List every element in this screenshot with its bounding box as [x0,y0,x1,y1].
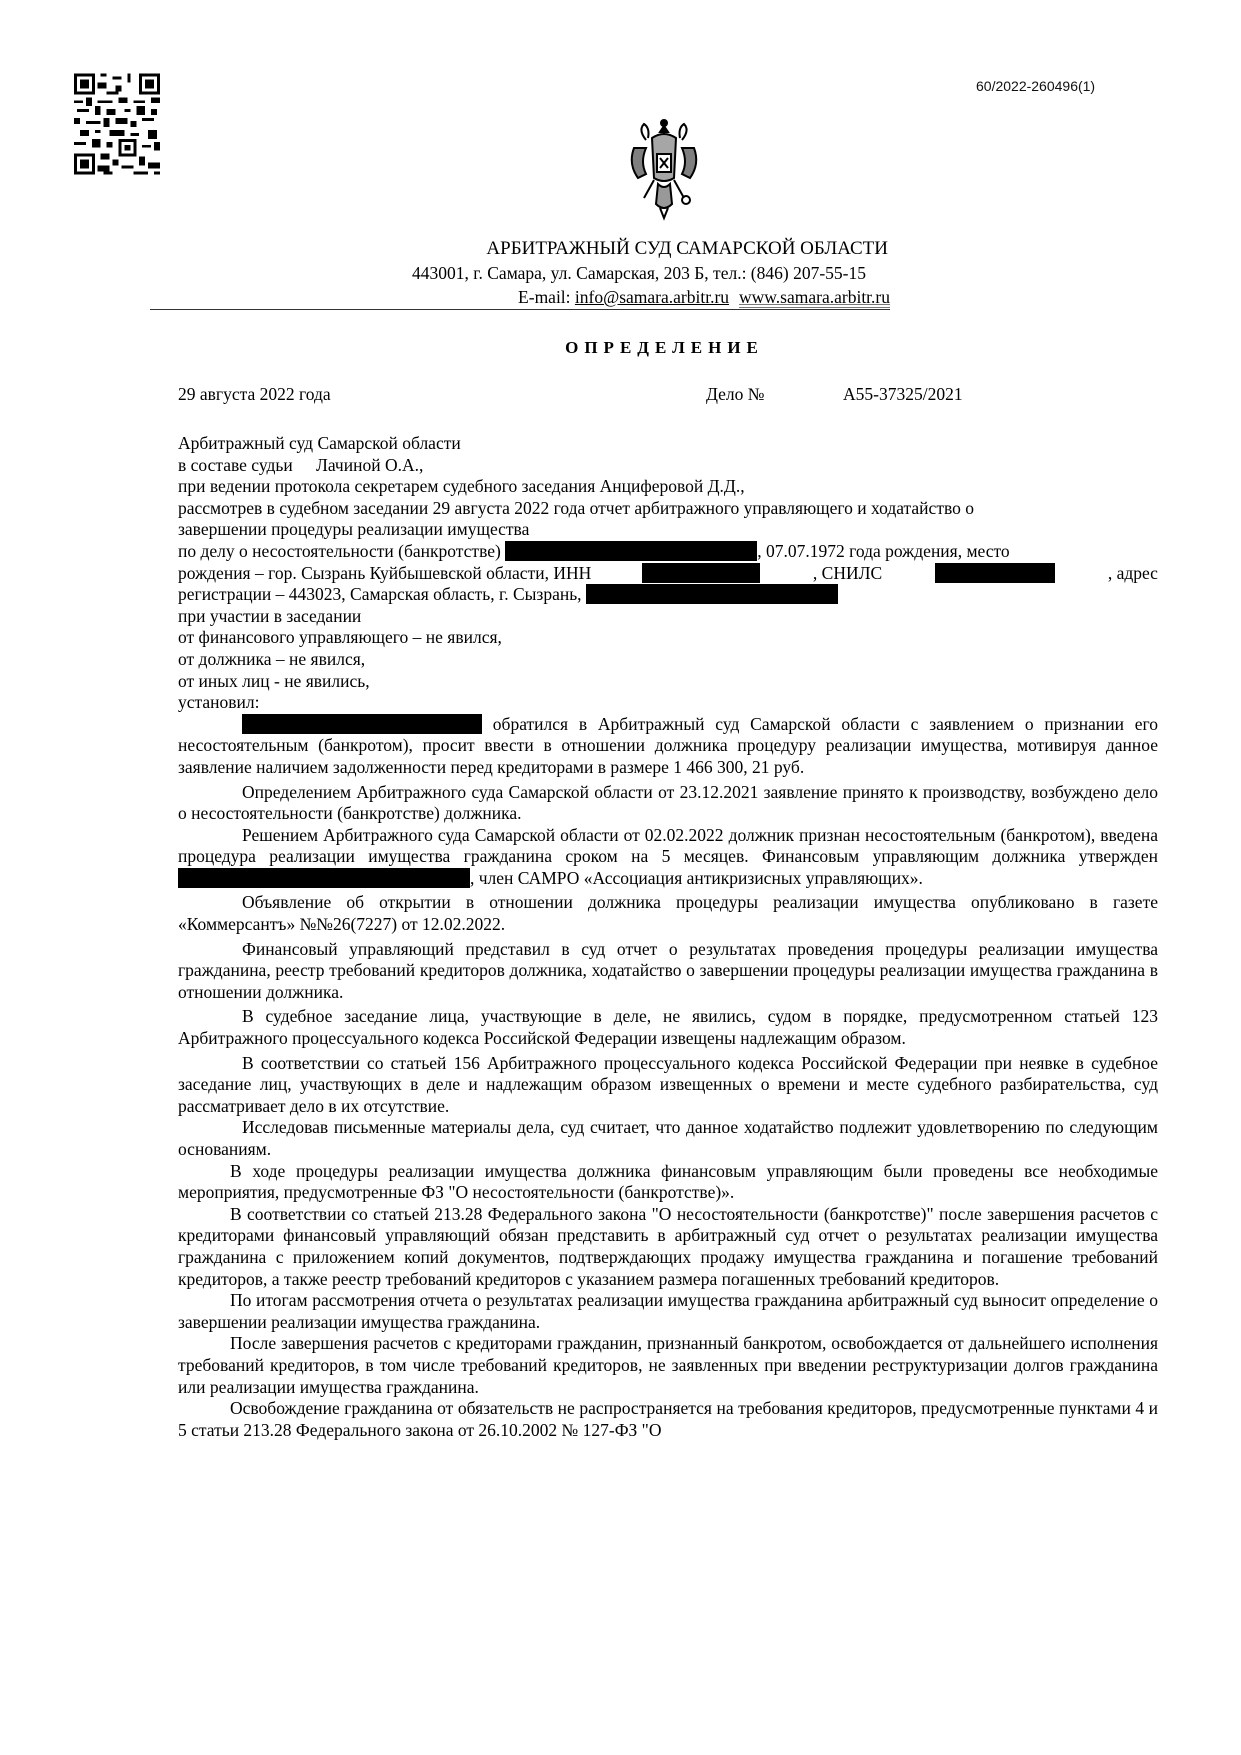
email-link[interactable]: info@samara.arbitr.ru [575,287,729,307]
intro-court: Арбитражный суд Самарской области [178,433,1158,455]
paragraph-measures: В ходе процедуры реализации имущества до… [178,1161,1158,1204]
redacted-inn [642,563,760,583]
intro-established: установил: [178,692,1158,714]
paragraph-report: Финансовый управляющий представил в суд … [178,939,1158,1004]
paragraph-announcement: Объявление об открытии в отношении должн… [178,892,1158,935]
intro-procedure: завершении процедуры реализации имуществ… [178,519,1158,541]
paragraph-application: обратился в Арбитражный суд Самарской об… [178,714,1158,779]
qr-code-icon [74,73,160,175]
coat-of-arms-icon [624,118,704,222]
intro-judge: в составе судьиЛачиной О.А., [178,455,1158,477]
paragraph-exceptions: Освобождение гражданина от обязательств … [178,1398,1158,1441]
court-name: АРБИТРАЖНЫЙ СУД САМАРСКОЙ ОБЛАСТИ [150,238,1040,260]
paragraph-acceptance: Определением Арбитражного суда Самарской… [178,782,1158,825]
document-number: 60/2022-260496(1) [976,78,1095,94]
paragraph-grounds: Исследовав письменные материалы дела, су… [178,1117,1158,1160]
redacted-debtor-name [505,541,757,561]
paragraph-absence: В соответствии со статьей 156 Арбитражно… [178,1053,1158,1118]
document-body: Арбитражный суд Самарской области в сост… [178,433,1158,1441]
document-date: 29 августа 2022 года [178,384,331,405]
redacted-manager-name [178,868,470,888]
intro-fin-manager: от финансового управляющего – не явился, [178,627,1158,649]
judge-name: Лачиной О.А., [316,455,423,475]
paragraph-release: После завершения расчетов с кредиторами … [178,1333,1158,1398]
court-contacts: E-mail: info@samara.arbitr.ruwww.samara.… [150,287,890,310]
intro-registration: регистрации – 443023, Самарская область,… [178,584,1158,606]
intro-debtor-absent: от должника – не явился, [178,649,1158,671]
case-number: А55-37325/2021 [843,384,963,405]
paragraph-notification: В судебное заседание лица, участвующие в… [178,1006,1158,1049]
intro-others-absent: от иных лиц - не явились, [178,671,1158,693]
intro-participation: при участии в заседании [178,606,1158,628]
paragraph-law-213-28: В соответствии со статьей 213.28 Федерал… [178,1204,1158,1290]
redacted-applicant-name [242,714,482,734]
case-label: Дело № [706,384,764,405]
document-title: ОПРЕДЕЛЕНИЕ [0,338,1241,358]
email-label: E-mail: [518,287,575,307]
intro-secretary: при ведении протокола секретарем судебно… [178,476,1158,498]
redacted-address [586,584,838,604]
intro-debtor: по делу о несостоятельности (банкротстве… [178,541,1158,563]
redacted-snils [935,563,1055,583]
intro-considering: рассмотрев в судебном заседании 29 авгус… [178,498,1158,520]
paragraph-decision: Решением Арбитражного суда Самарской обл… [178,825,1158,890]
website-link[interactable]: www.samara.arbitr.ru [739,287,890,307]
court-address: 443001, г. Самара, ул. Самарская, 203 Б,… [150,263,1040,284]
intro-birthplace: рождения – гор. Сызрань Куйбышевской обл… [178,563,1158,585]
paragraph-ruling: По итогам рассмотрения отчета о результа… [178,1290,1158,1333]
